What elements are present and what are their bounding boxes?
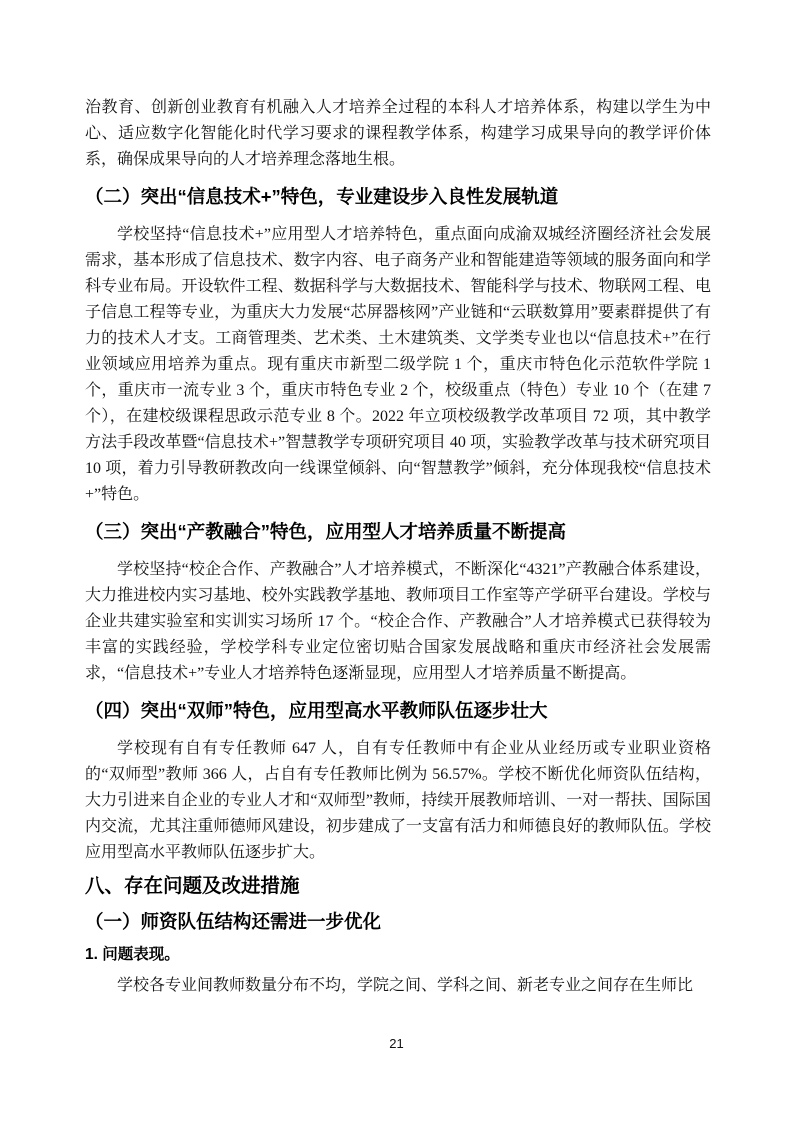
section-heading-2: （二）突出“信息技术+”特色，专业建设步入良性发展轨道	[85, 183, 711, 210]
section-heading-3: （三）突出“产教融合”特色，应用型人才培养质量不断提高	[85, 518, 711, 545]
paragraph-section-2: 学校坚持“信息技术+”应用型人才培养特色，重点面向成渝双城经济圈经济社会发展需求…	[85, 222, 711, 508]
document-page: 治教育、创新创业教育有机融入人才培养全过程的本科人才培养体系，构建以学生为中心、…	[0, 0, 793, 1122]
subsection-heading-1: （一）师资队伍结构还需进一步优化	[85, 908, 711, 935]
paragraph-section-4: 学校现有自有专任教师 647 人，自有专任教师中有企业从业经历或专业职业资格的“…	[85, 736, 711, 866]
paragraph-section-3: 学校坚持“校企合作、产教融合”人才培养模式，不断深化“4321”产教融合体系建设…	[85, 557, 711, 687]
problem-item-heading: 1. 问题表现。	[85, 945, 711, 965]
paragraph-problem: 学校各专业间教师数量分布不均，学院之间、学科之间、新老专业之间存在生师比	[85, 973, 711, 999]
chapter-heading-8: 八、存在问题及改进措施	[85, 872, 711, 900]
paragraph-continued: 治教育、创新创业教育有机融入人才培养全过程的本科人才培养体系，构建以学生为中心、…	[85, 95, 711, 173]
page-number: 21	[0, 1036, 793, 1051]
page-content: 治教育、创新创业教育有机融入人才培养全过程的本科人才培养体系，构建以学生为中心、…	[85, 95, 711, 999]
section-heading-4: （四）突出“双师”特色，应用型高水平教师队伍逐步壮大	[85, 697, 711, 724]
